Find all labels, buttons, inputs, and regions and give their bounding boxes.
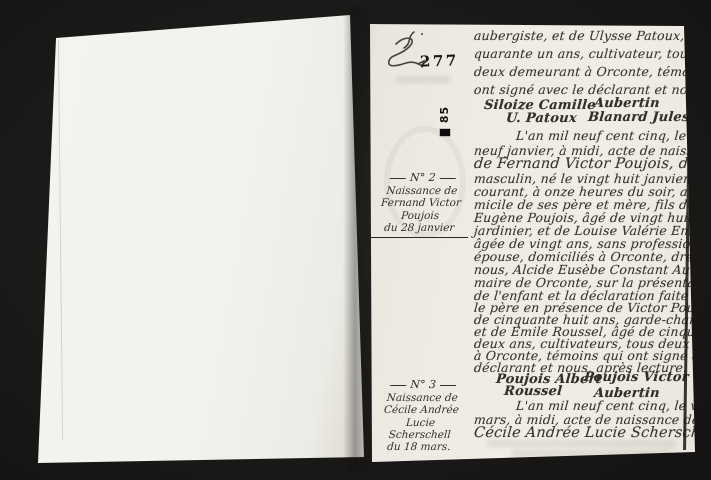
register-right-page: 277 85 N° 2 Naissance de Fernand Victor … xyxy=(366,16,696,464)
act-number-label: N° 2 xyxy=(410,172,436,184)
dash-rule xyxy=(440,385,456,386)
side-number-label: 85 xyxy=(438,106,451,123)
signature: U. Patoux xyxy=(505,111,577,126)
bleedthrough-ghost xyxy=(511,450,671,457)
handwriting-line: aubergiste, et de Ulysse Patoux, âgé de xyxy=(473,28,711,43)
handwriting-line: ont signé avec le déclarant et nous, apr… xyxy=(473,82,711,97)
margin-note-line: du 28 janvier xyxy=(370,222,469,234)
dash-rule xyxy=(390,178,406,179)
handwriting-line: L'an mil neuf cent cinq, le vingt xyxy=(515,128,711,143)
dash-rule xyxy=(440,178,456,179)
margin-note-act-2: N° 2 Naissance de Fernand Victor Poujois… xyxy=(370,172,472,234)
margin-note-line: Naissance de xyxy=(373,392,472,404)
margin-separator-line xyxy=(370,237,468,238)
film-edge-mark xyxy=(440,129,450,136)
act-number-label: N° 3 xyxy=(410,379,436,391)
bleedthrough-ghost xyxy=(396,76,451,83)
margin-note-line: du 18 mars. xyxy=(369,441,468,453)
handwriting-line: Cécile Andrée Lucie Scherschell, du sexe xyxy=(473,425,711,441)
signature: Aubertin xyxy=(593,96,660,111)
act-number: N° 3 xyxy=(374,379,473,391)
handwriting-line: deux demeurant à Orconte, témoins qui xyxy=(473,64,711,79)
margin-note-line: Cécile Andrée Lucie xyxy=(371,404,471,428)
margin-note-act-3: N° 3 Naissance de Cécile Andrée Lucie Sc… xyxy=(369,379,472,453)
signature: Roussel xyxy=(503,384,562,399)
handwriting-line: de Fernand Victor Poujois, du sexe xyxy=(473,156,711,172)
register-scan-photo: 277 85 N° 2 Naissance de Fernand Victor … xyxy=(0,0,711,480)
dash-rule xyxy=(390,385,406,386)
bleedthrough-ghost xyxy=(486,440,676,447)
folio-number-stamp: 277 xyxy=(420,51,459,70)
handwriting-line: quarante un ans, cultivateur, tous xyxy=(473,46,695,61)
margin-note-line: Poujois xyxy=(371,210,470,222)
register-left-page xyxy=(34,10,368,468)
margin-note-line: Naissance de xyxy=(372,185,471,197)
margin-note-line: Scherschell xyxy=(370,429,469,441)
signature: Poujois Victor xyxy=(583,370,689,385)
margin-note-line: Fernand Victor xyxy=(372,197,471,209)
handwriting-line: L'an mil neuf cent cinq, le vingt xyxy=(515,398,711,413)
act-number: N° 2 xyxy=(373,172,472,184)
signature: Blanard Jules xyxy=(587,110,690,125)
